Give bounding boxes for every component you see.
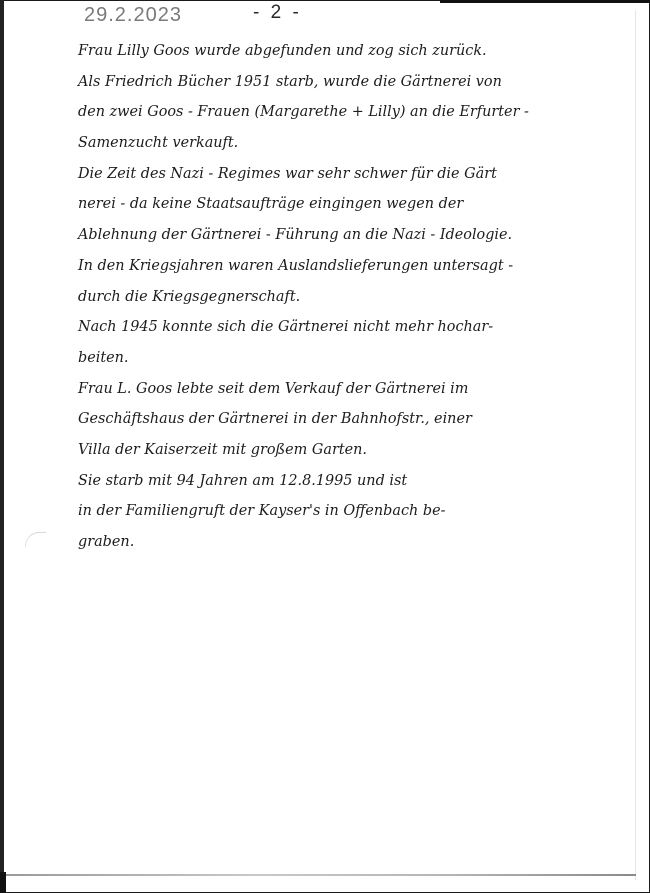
text-line: in der Familiengruft der Kayser's in Off… [78,496,634,527]
text-line: Die Zeit des Nazi - Regimes war sehr sch… [78,159,634,190]
text-line: Als Friedrich Bücher 1951 starb, wurde d… [78,67,634,98]
text-line: Nach 1945 konnte sich die Gärtnerei nich… [78,312,634,343]
text-line: Frau Lilly Goos wurde abgefunden und zog… [78,36,634,67]
scan-left-edge [0,0,4,893]
page-number: - 2 - [253,2,302,24]
text-line: nerei - da keine Staatsaufträge einginge… [78,189,634,220]
text-line: Samenzucht verkauft. [78,128,634,159]
document-date: 29.2.2023 [84,4,182,27]
text-line: Sie starb mit 94 Jahren am 12.8.1995 und… [78,466,634,497]
text-line: beiten. [78,343,634,374]
scan-bottom-edge [4,874,636,876]
scan-top-edge [440,0,650,3]
text-line: In den Kriegsjahren waren Auslandsliefer… [78,251,634,282]
text-line: Frau L. Goos lebte seit dem Verkauf der … [78,374,634,405]
text-line: Geschäftshaus der Gärtnerei in der Bahnh… [78,404,634,435]
text-line: den zwei Goos - Frauen (Margarethe + Lil… [78,97,634,128]
text-line: Ablehnung der Gärtnerei - Führung an die… [78,220,634,251]
handwritten-body: Frau Lilly Goos wurde abgefunden und zog… [78,36,638,558]
text-line: durch die Kriegsgegnerschaft. [78,282,634,313]
scan-bottom-corner [0,872,6,893]
text-line: Villa der Kaiserzeit mit großem Garten. [78,435,634,466]
text-line: graben. [78,527,634,558]
